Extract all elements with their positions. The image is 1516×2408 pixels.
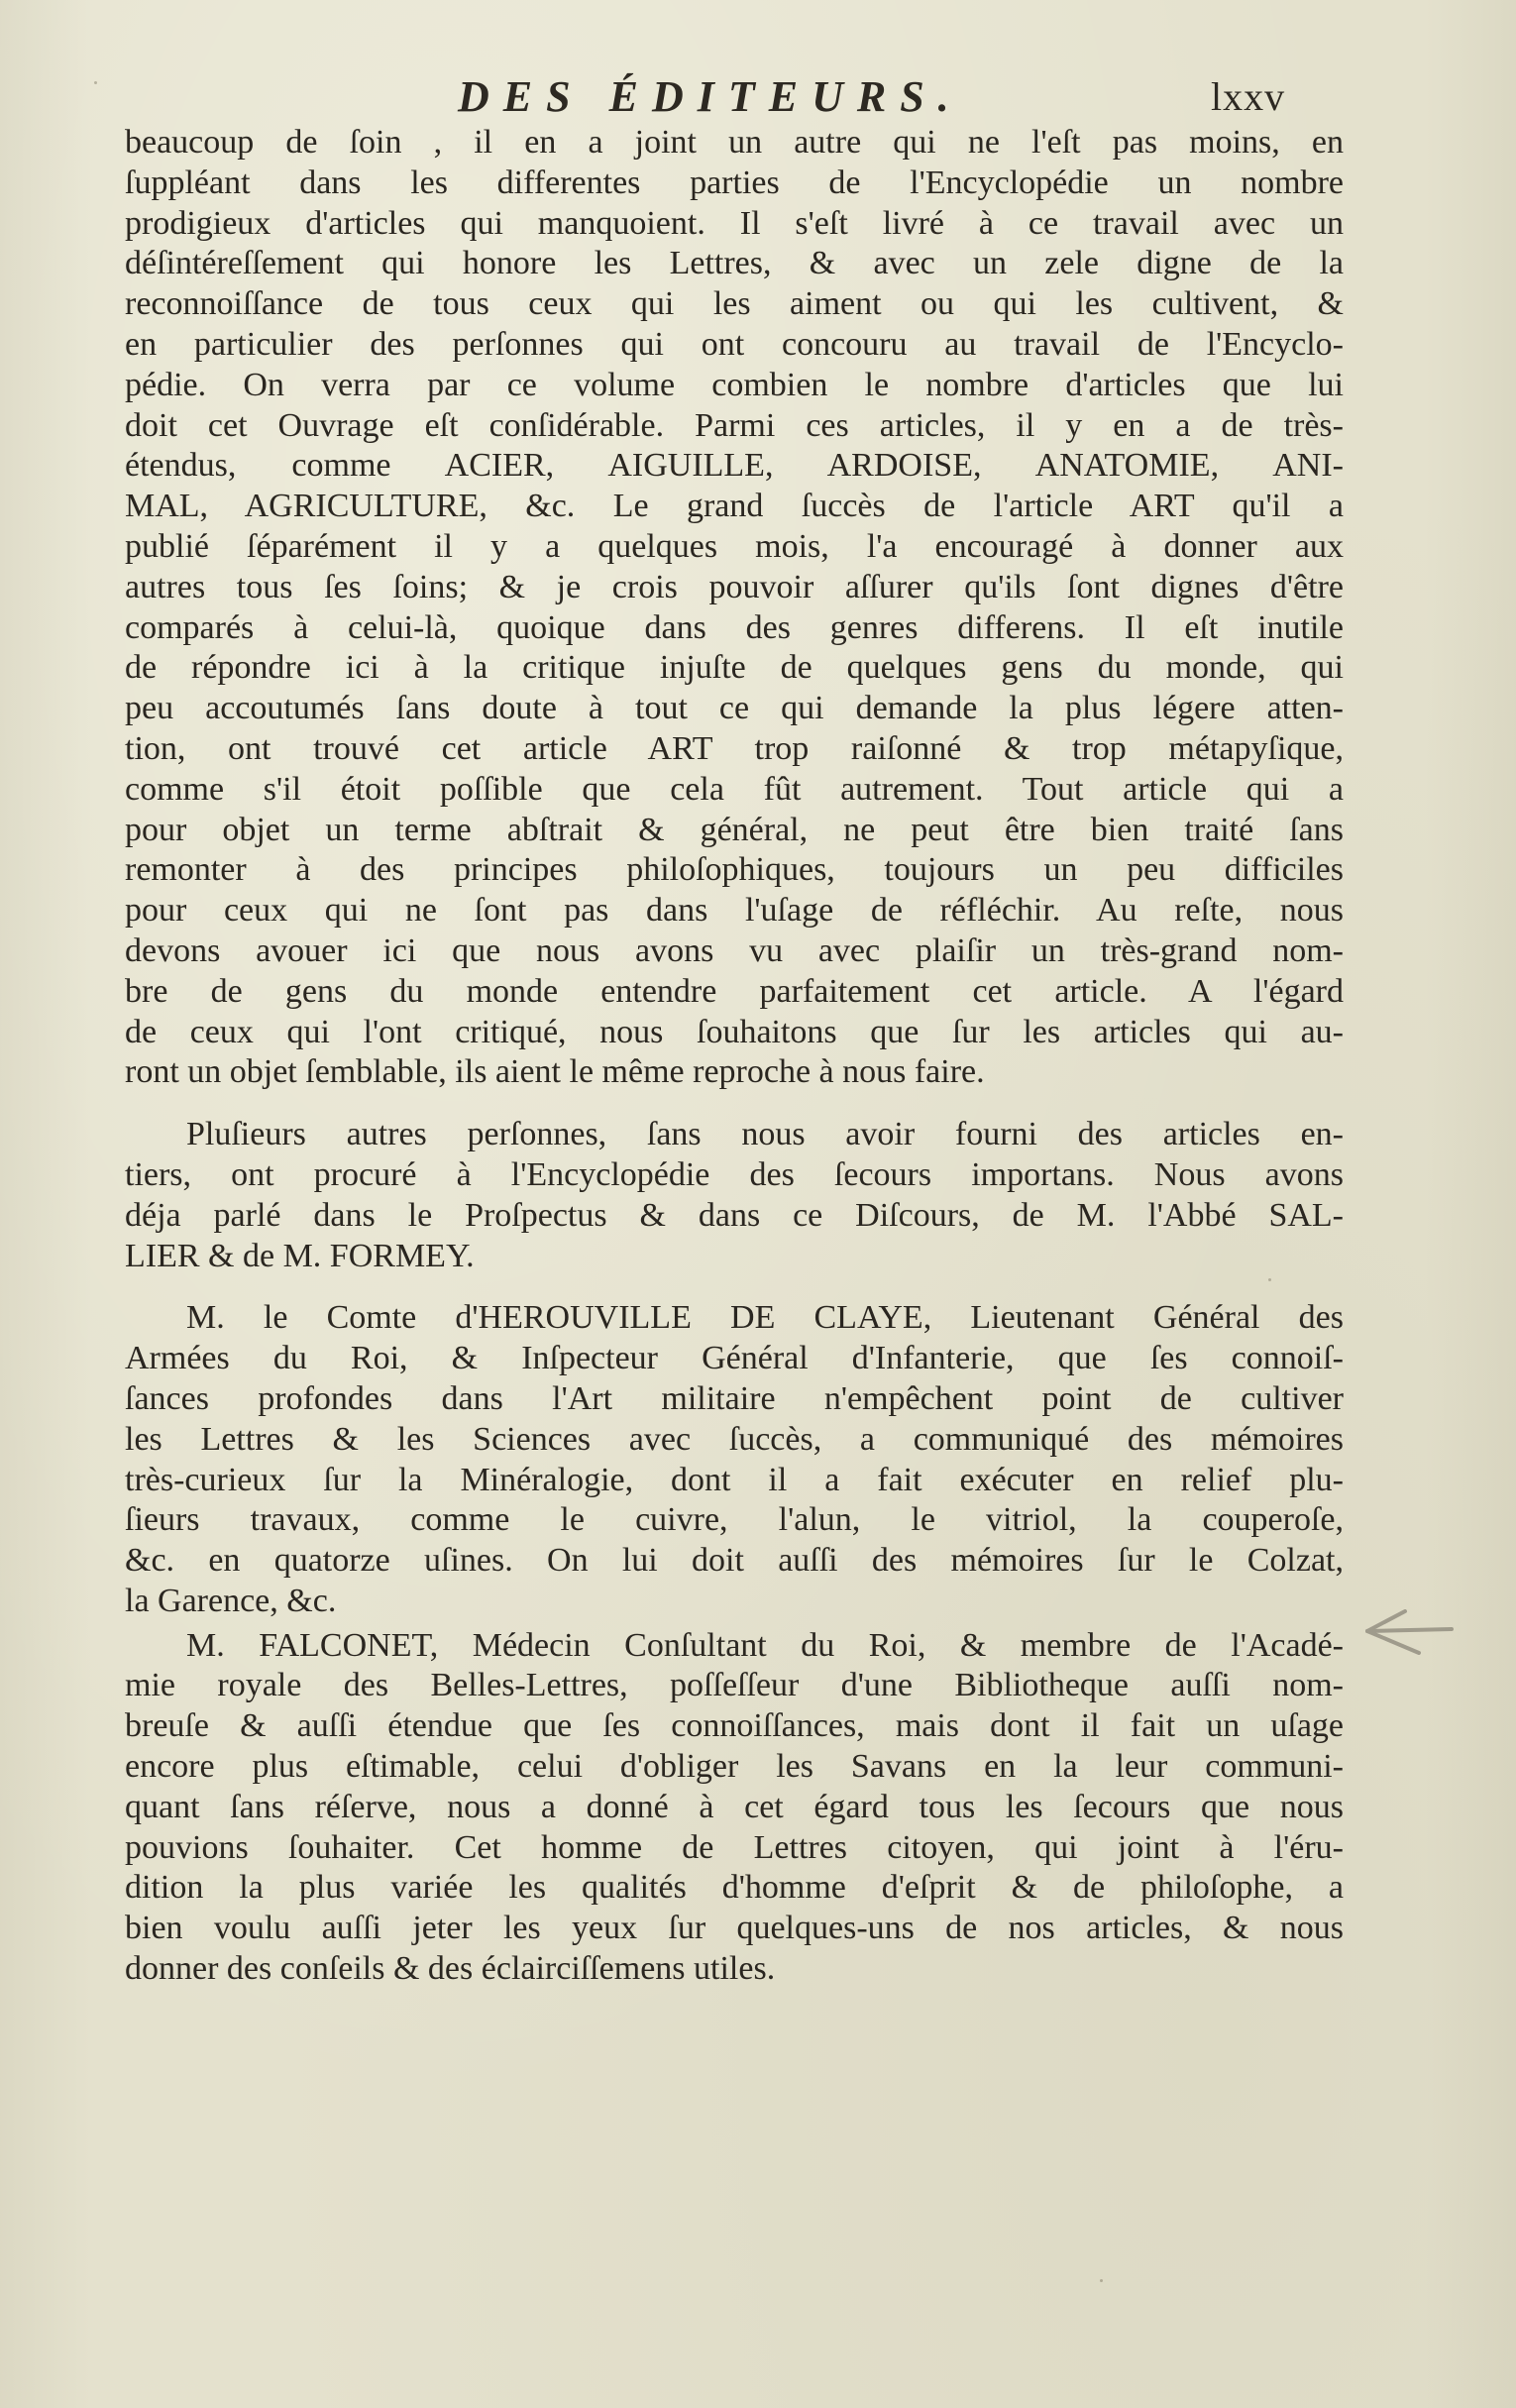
text-line: Pluſieurs autres perſonnes, ſans nous av… [125,1115,1344,1155]
text-line: M. le Comte d'HEROUVILLE DE CLAYE, Lieut… [125,1298,1344,1339]
text-line: tion, ont trouvé cet article ART trop ra… [125,729,1344,770]
paragraph-herouville: M. le Comte d'HEROUVILLE DE CLAYE, Lieut… [125,1298,1344,1621]
paper-speck [1268,1278,1271,1281]
text-line: en particulier des perſonnes qui ont con… [125,325,1344,366]
text-line: breuſe & auſſi étendue que ſes connoiſſa… [125,1706,1344,1747]
text-line: peu accoutumés ſans doute à tout ce qui … [125,689,1344,729]
text-line: pouvions ſouhaiter. Cet homme de Lettres… [125,1828,1344,1869]
paragraph-gap [125,1093,1344,1115]
text-line: comme s'il étoit poſſible que cela fût a… [125,770,1344,811]
text-line: LIER & de M. FORMEY. [125,1237,1344,1277]
text-line: bre de gens du monde entendre parfaiteme… [125,972,1344,1013]
text-line: de ceux qui l'ont critiqué, nous ſouhait… [125,1013,1344,1053]
paper-speck [1333,139,1336,142]
text-line: publié ſéparément il y a quelques mois, … [125,527,1344,568]
text-line: ſances profondes dans l'Art militaire n'… [125,1379,1344,1420]
text-line: de répondre ici à la critique injuſte de… [125,648,1344,689]
text-line: doit cet Ouvrage eſt conſidérable. Parmi… [125,406,1344,447]
text-line: dition la plus variée les qualités d'hom… [125,1868,1344,1909]
text-line: mie royale des Belles-Lettres, poſſeſſeu… [125,1666,1344,1706]
text-line: beaucoup de ſoin , il en a joint un autr… [125,123,1344,164]
text-line: pour objet un terme abſtrait & général, … [125,811,1344,851]
text-line: les Lettres & les Sciences avec ſuccès, … [125,1420,1344,1461]
text-line: encore plus eſtimable, celui d'obliger l… [125,1747,1344,1788]
paragraph-gap [125,1276,1344,1298]
text-line: comparés à celui-là, quoique dans des ge… [125,608,1344,649]
text-line: ront un objet ſemblable, ils aient le mê… [125,1052,1344,1093]
text-line: déſintéreſſement qui honore les Lettres,… [125,244,1344,284]
page-number: lxxv [1211,73,1285,120]
text-line: déja parlé dans le Proſpectus & dans ce … [125,1196,1344,1237]
paragraph-falconet: M. FALCONET, Médecin Conſultant du Roi, … [125,1626,1344,1990]
text-line: ſieurs travaux, comme le cuivre, l'alun,… [125,1500,1344,1541]
text-line: remonter à des principes philoſophiques,… [125,850,1344,891]
text-line: &c. en quatorze uſines. On lui doit auſſ… [125,1541,1344,1582]
text-line: devons avouer ici que nous avons vu avec… [125,931,1344,972]
pencil-arrow-icon [1357,1603,1476,1663]
text-line: M. FALCONET, Médecin Conſultant du Roi, … [125,1626,1344,1667]
text-line: pour ceux qui ne ſont pas dans l'uſage d… [125,891,1344,931]
text-line: étendus, comme ACIER, AIGUILLE, ARDOISE,… [125,446,1344,487]
text-line: la Garence, &c. [125,1582,1344,1622]
paper-speck [94,81,97,84]
paragraph-plusieurs: Pluſieurs autres perſonnes, ſans nous av… [125,1115,1344,1276]
running-head: DES ÉDITEURS. lxxv [0,71,1516,131]
text-line: reconnoiſſance de tous ceux qui les aime… [125,284,1344,325]
text-line: tiers, ont procuré à l'Encyclopédie des … [125,1155,1344,1196]
running-title: DES ÉDITEURS. [458,71,963,122]
paper-speck [1100,2279,1103,2282]
text-line: ſuppléant dans les differentes parties d… [125,164,1344,204]
text-line: pédie. On verra par ce volume combien le… [125,366,1344,406]
text-line: bien voulu auſſi jeter les yeux ſur quel… [125,1909,1344,1949]
text-line: prodigieux d'articles qui manquoient. Il… [125,204,1344,245]
paragraph-continuation: beaucoup de ſoin , il en a joint un autr… [125,123,1344,1093]
text-line: très-curieux ſur la Minéralogie, dont il… [125,1461,1344,1501]
text-line: MAL, AGRICULTURE, &c. Le grand ſuccès de… [125,487,1344,527]
text-line: Armées du Roi, & Inſpecteur Général d'In… [125,1339,1344,1379]
text-line: quant ſans réſerve, nous a donné à cet é… [125,1788,1344,1828]
text-line: autres tous ſes ſoins; & je crois pouvoi… [125,568,1344,608]
text-line: donner des conſeils & des éclairciſſemen… [125,1949,1344,1990]
body-text: beaucoup de ſoin , il en a joint un autr… [125,123,1344,1990]
